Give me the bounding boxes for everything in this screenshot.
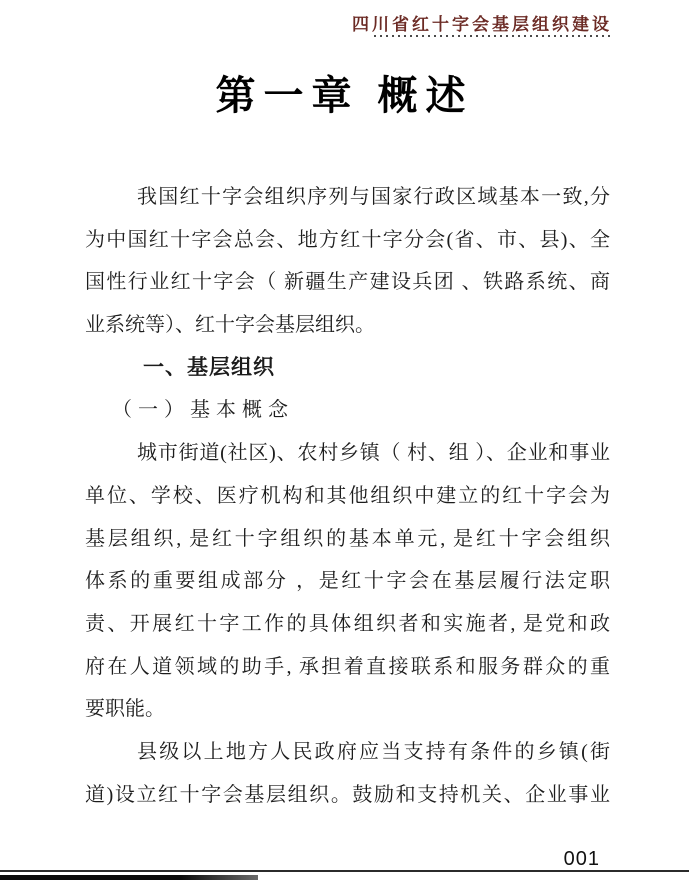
running-head-underline xyxy=(374,35,612,37)
section-heading: 一、基层组织 xyxy=(85,347,610,390)
subsection-heading: （一）基本概念 xyxy=(85,389,610,432)
running-head: 四川省红十字会基层组织建设 xyxy=(352,10,612,35)
text-line: 府在人道领域的助手, 承担着直接联系和服务群众的重 xyxy=(85,646,610,689)
body-text: 我国红十字会组织序列与国家行政区域基本一致,分 为中国红十字会总会、地方红十字分… xyxy=(85,176,610,816)
text-line: 为中国红十字会总会、地方红十字分会(省、市、县)、全 xyxy=(85,219,610,262)
text-line: 体系的重要组成部分 ，是红十字会在基层履行法定职 xyxy=(85,560,610,603)
text-line: 城市街道(社区)、农村乡镇（ 村、组 ）、企业和事业 xyxy=(85,432,610,475)
text-line: 基层组织, 是红十字组织的基本单元, 是红十字会组织 xyxy=(85,518,610,561)
text-line: 要职能。 xyxy=(85,688,610,731)
text-line: 责、开展红十字工作的具体组织者和实施者, 是党和政 xyxy=(85,603,610,646)
text-line: 我国红十字会组织序列与国家行政区域基本一致,分 xyxy=(85,176,610,219)
text-line: 县级以上地方人民政府应当支持有条件的乡镇(街 xyxy=(85,731,610,774)
text-line: 道)设立红十字会基层组织。鼓励和支持机关、企业事业 xyxy=(85,774,610,817)
chapter-title: 第一章 概述 xyxy=(0,64,689,121)
text-line: 国性行业红十字会（ 新疆生产建设兵团 、铁路系统、商 xyxy=(85,261,610,304)
text-line: 业系统等）、红十字会基层组织。 xyxy=(85,304,610,347)
bottom-edge-mark xyxy=(0,875,258,880)
book-page: 四川省红十字会基层组织建设 第一章 概述 我国红十字会组织序列与国家行政区域基本… xyxy=(0,0,689,880)
page-number: 001 xyxy=(564,848,600,871)
text-line: 单位、学校、医疗机构和其他组织中建立的红十字会为 xyxy=(85,475,610,518)
